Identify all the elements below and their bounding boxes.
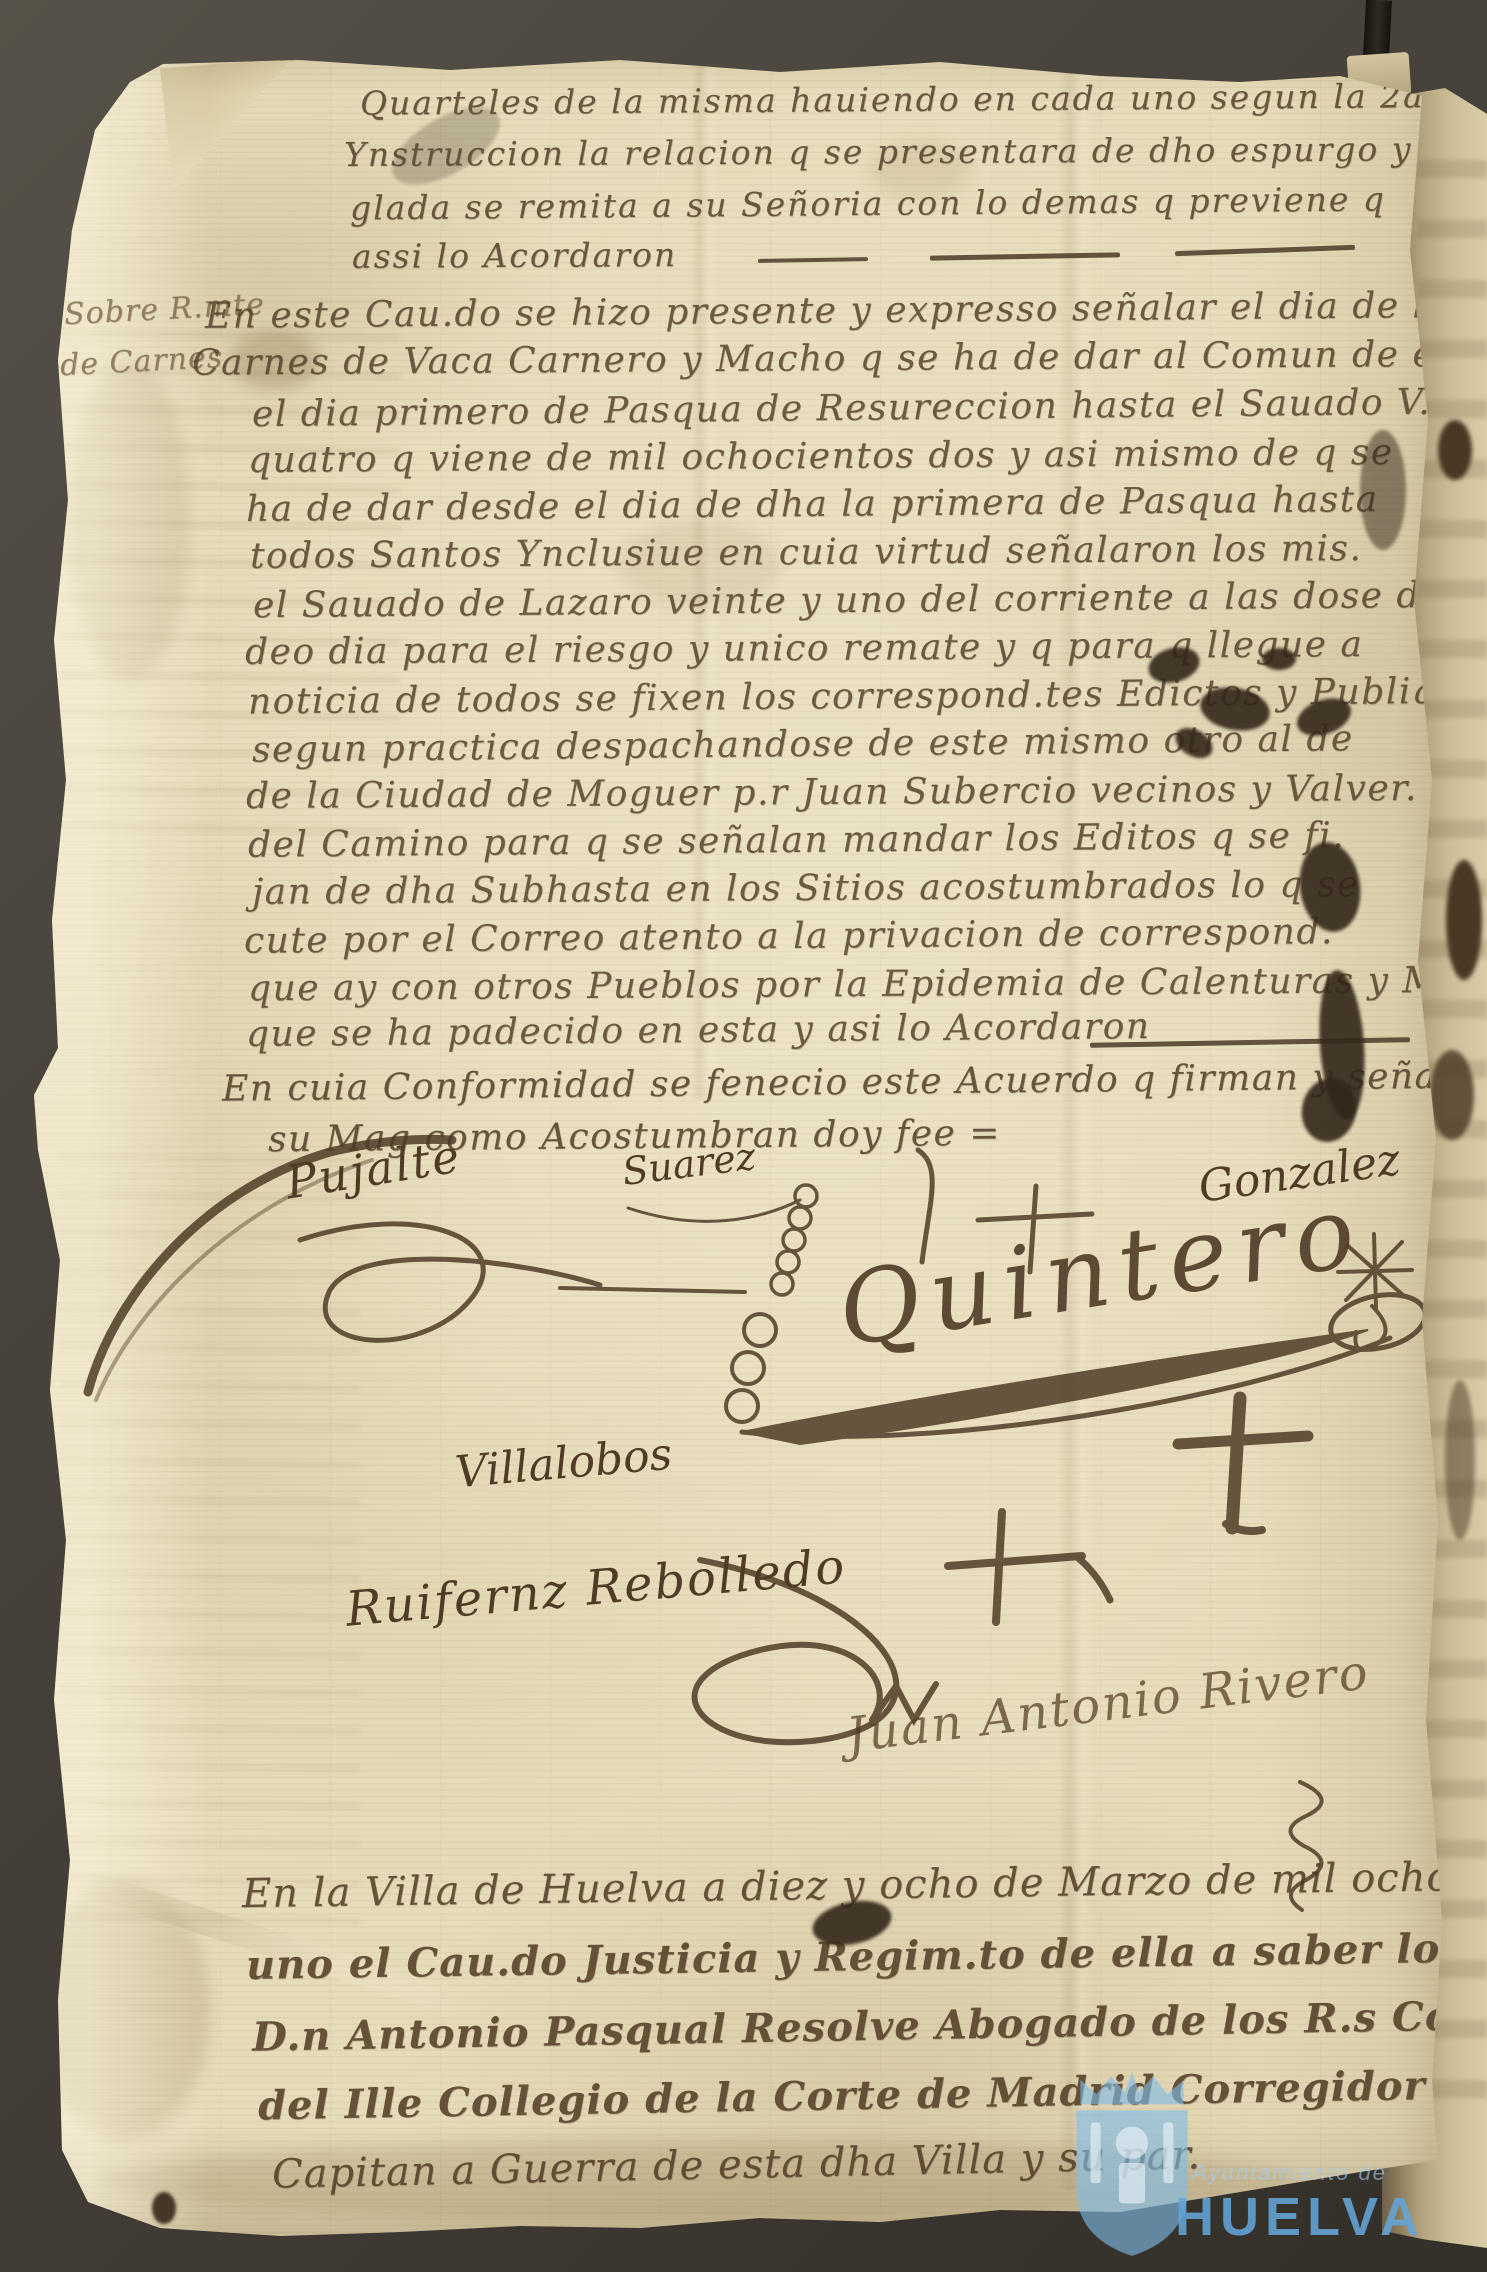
paraph-coil: [777, 1251, 799, 1273]
cross-mark-bold: [1226, 1524, 1262, 1531]
quill-flourish: [88, 1139, 452, 1392]
cross-mark-bold: [1178, 1436, 1308, 1444]
quintero-ascender: [918, 1150, 932, 1262]
cross-mark: [1030, 1186, 1036, 1272]
paraph-coil: [783, 1229, 805, 1251]
quintero-tail-loop: [1326, 1287, 1431, 1358]
paraph-coil: [789, 1207, 811, 1229]
rivero-rubric: [1290, 1782, 1321, 1910]
next-page-ink-fragment: [1446, 860, 1482, 980]
signature-flourishes: [0, 0, 1487, 2272]
cross-mark: [948, 1556, 1082, 1566]
rebolledo-flourish: [695, 1560, 897, 1742]
pujalte-rubric: [300, 1224, 600, 1340]
paraph-loop: [726, 1390, 758, 1422]
archive-scan-photo: Quarteles de la misma hauiendo en cada u…: [0, 0, 1487, 2272]
pujalte-rubric: [560, 1288, 745, 1292]
next-page-ink-fragment: [1438, 420, 1472, 480]
paraph-loop: [744, 1314, 776, 1346]
quintero-underline-leaf: [742, 1330, 1368, 1444]
paraph-coil: [771, 1273, 793, 1295]
cross-mark: [996, 1512, 1002, 1622]
paraph-coil: [795, 1185, 817, 1207]
cross-mark-bold: [1232, 1398, 1240, 1528]
cross-mark: [978, 1214, 1092, 1220]
suarez-rubric: [628, 1200, 800, 1221]
next-page-ink-fragment: [1445, 1380, 1475, 1540]
paraph-loop: [732, 1352, 764, 1384]
manuscript-page: Quarteles de la misma hauiendo en cada u…: [0, 0, 1487, 2272]
next-page-ink-fragment: [1430, 1050, 1474, 1140]
cross-mark: [1076, 1556, 1110, 1600]
